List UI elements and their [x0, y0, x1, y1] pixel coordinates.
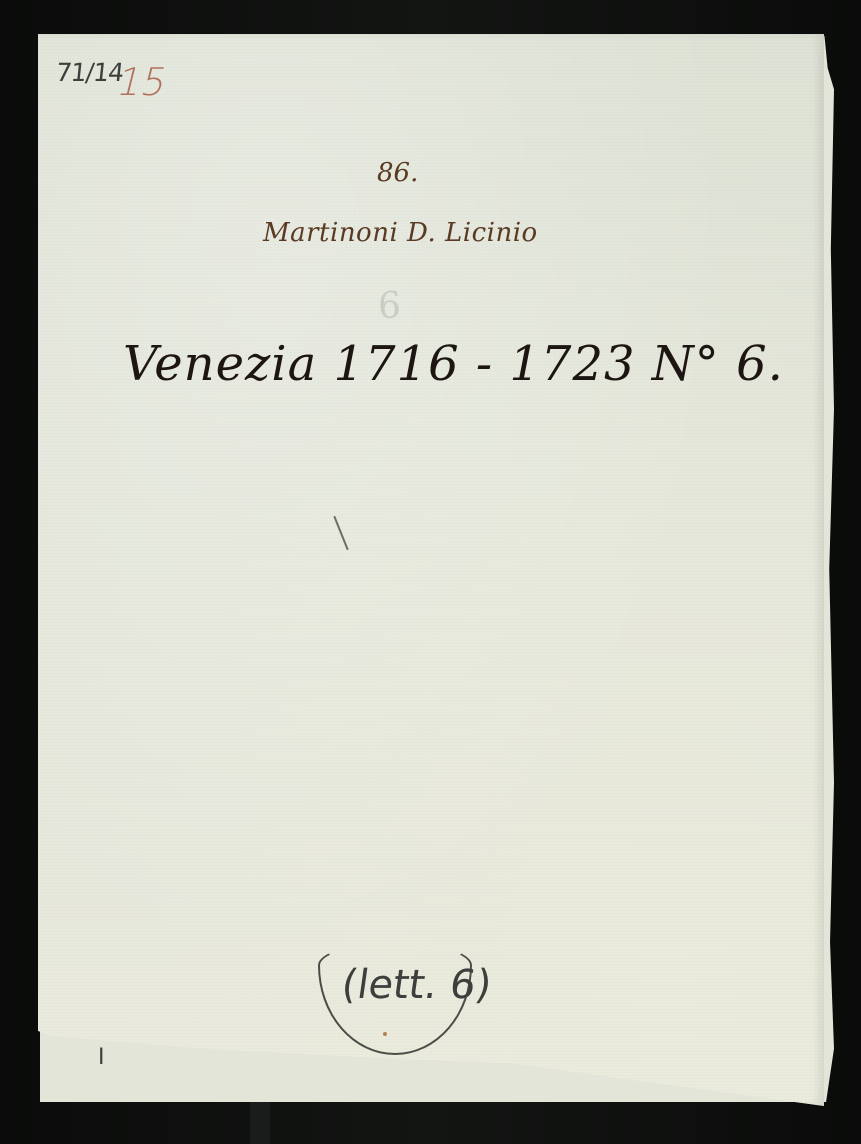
shelf-mark: 71/14 — [54, 58, 124, 87]
faint-pencil-mark: 6 — [378, 286, 401, 327]
paper-stain — [383, 1032, 387, 1036]
background-strip — [250, 1100, 270, 1144]
item-number: 86. — [377, 158, 418, 188]
correspondent-name: Martinoni D. Licinio — [263, 218, 538, 248]
page-index: I — [98, 1045, 105, 1070]
place-date-title: Venezia 1716 - 1723 N° 6. — [123, 336, 784, 392]
letters-count-label: (lett. 6) — [339, 962, 495, 1008]
